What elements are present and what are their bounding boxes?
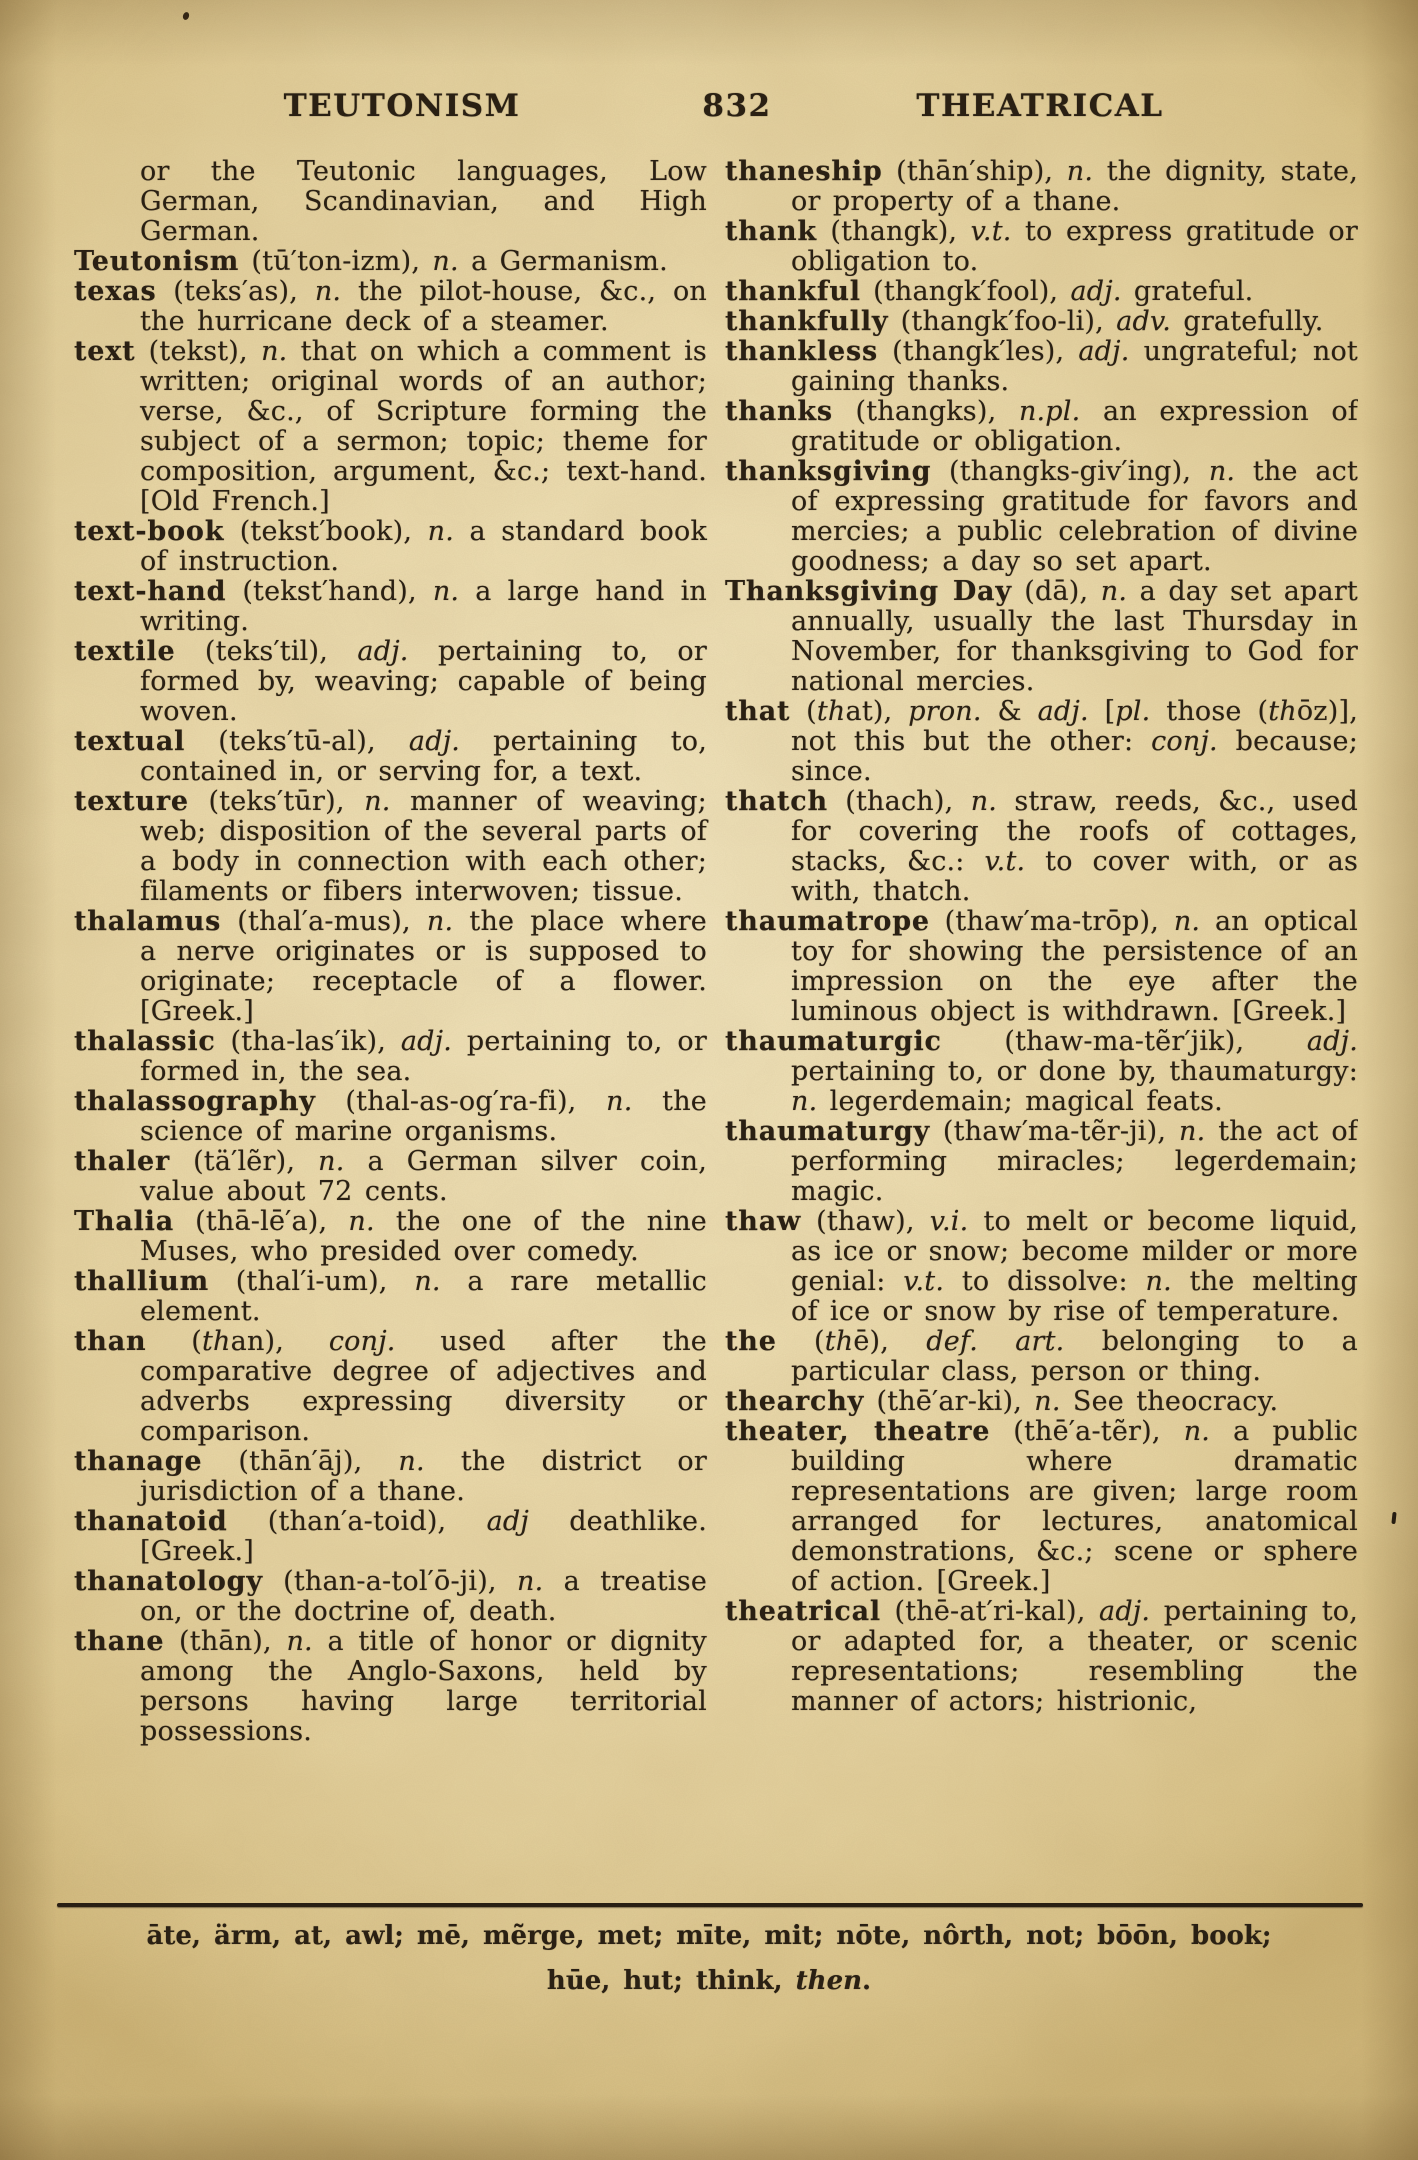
grammar-label: v.i.	[930, 1206, 969, 1237]
dictionary-entry: text-hand (tekst′hand), n. a large hand …	[74, 577, 707, 637]
headword: thankless	[725, 336, 878, 367]
grammar-label: n.	[517, 1566, 543, 1597]
entry-text: (thē′a-tẽr),	[990, 1416, 1183, 1447]
dictionary-entry: Teutonism (tū′ton-izm), n. a Germanism.	[74, 247, 707, 277]
entry-text: an),	[231, 1326, 329, 1357]
headword: the	[725, 1326, 777, 1357]
grammar-label: conj.	[329, 1326, 396, 1357]
grammar-label: v.t.	[903, 1266, 944, 1297]
headword: thalassography	[74, 1086, 316, 1117]
grammar-label: adj.	[357, 636, 408, 667]
grammar-label: v.t.	[984, 846, 1025, 877]
pronunciation-key-line-2: hūe, hut; think, then.	[0, 1959, 1418, 2004]
dictionary-entry: thaumatrope (thaw′ma-trōp), n. an optica…	[725, 907, 1358, 1027]
headword: theatrical	[725, 1596, 881, 1627]
entry-text: (thangk′fool),	[861, 276, 1071, 307]
entry-text: pertaining to, or done by, thaumaturgy:	[791, 1056, 1358, 1087]
grammar-label: v.t.	[971, 216, 1012, 247]
dictionary-entry: thalassography (thal-as-og′ra-fi), n. th…	[74, 1087, 707, 1147]
entry-text: (thangk),	[817, 216, 971, 247]
dictionary-entry: thanatology (than-a-tol′ō-ji), n. a trea…	[74, 1567, 707, 1627]
dictionary-entry: thanatoid (than′a-toid), adj deathlike. …	[74, 1507, 707, 1567]
headword: thanatology	[74, 1566, 263, 1597]
entry-text: (thā-lē′a),	[174, 1206, 348, 1237]
dictionary-entry: thanage (thān′āj), n. the district or ju…	[74, 1447, 707, 1507]
dictionary-entry: thankfully (thangk′foo-li), adv. gratefu…	[725, 307, 1358, 337]
grammar-label: adj.	[1307, 1026, 1358, 1057]
grammar-label: th	[1268, 696, 1297, 727]
dictionary-entry: the (thē), def. art. belonging to a part…	[725, 1327, 1358, 1387]
headword: thaumaturgic	[725, 1026, 942, 1057]
headword: texture	[74, 786, 189, 817]
grammar-label: adj.	[1099, 1596, 1150, 1627]
headword: text	[74, 336, 135, 367]
entry-text: (teks′tūr),	[189, 786, 364, 817]
headword: theater, theatre	[725, 1416, 990, 1447]
dictionary-entry: thankful (thangk′fool), adj. grateful.	[725, 277, 1358, 307]
entry-text: (tekst′hand),	[226, 576, 433, 607]
entry-text: (tū′ton-izm),	[239, 246, 432, 277]
entry-text: (thal′a-mus),	[221, 906, 427, 937]
entry-text: See theocracy.	[1061, 1386, 1279, 1417]
grammar-label: n.	[348, 1206, 374, 1237]
headword: texas	[74, 276, 156, 307]
dictionary-entry: thalassic (tha-las′ik), adj. pertaining …	[74, 1027, 707, 1087]
headword: thaw	[725, 1206, 801, 1237]
headword: thanks	[725, 396, 833, 427]
entry-text: .	[862, 1966, 871, 1996]
grammar-label: adj.	[1078, 336, 1129, 367]
entry-text: (tha-las′ik),	[216, 1026, 401, 1057]
page-number: 832	[702, 88, 771, 124]
grammar-label: n.	[414, 1266, 440, 1297]
dictionary-entry: thanks (thangks), n.pl. an expression of…	[725, 397, 1358, 457]
entry-text: (thān),	[164, 1626, 286, 1657]
entry-text: (tekst),	[135, 336, 261, 367]
grammar-label: n.	[791, 1086, 817, 1117]
dictionary-entry: text-book (tekst′book), n. a standard bo…	[74, 517, 707, 577]
grammar-label: conj.	[1151, 726, 1218, 757]
grammar-label: adj.	[1071, 276, 1122, 307]
headword: thatch	[725, 786, 828, 817]
headword: thanage	[74, 1446, 202, 1477]
dictionary-entry: Thanksgiving Day (dā), n. a day set apar…	[725, 577, 1358, 697]
dictionary-entry: texas (teks′as), n. the pilot-house, &c.…	[74, 277, 707, 337]
grammar-label: n.	[428, 516, 454, 547]
dictionary-entry: thank (thangk), v.t. to express gratitud…	[725, 217, 1358, 277]
dictionary-entry: thanksgiving (thangks-giv′ing), n. the a…	[725, 457, 1358, 577]
grammar-label: n.	[1209, 456, 1235, 487]
headword: thearchy	[725, 1386, 864, 1417]
grammar-label: n.	[971, 786, 997, 817]
dictionary-entry: thaumaturgic (thaw-ma-tẽr′jik), adj. per…	[725, 1027, 1358, 1117]
entry-text: (	[790, 696, 817, 727]
entry-text: [	[1089, 696, 1116, 727]
grammar-label: adj.	[1038, 696, 1089, 727]
dictionary-page: TEUTONISM 832 THEATRICAL or the Teutonic…	[0, 0, 1418, 2160]
entry-text: (than′a-toid),	[228, 1506, 487, 1537]
grammar-label: n.	[286, 1626, 312, 1657]
page-header: TEUTONISM 832 THEATRICAL	[0, 88, 1418, 130]
dictionary-entry: texture (teks′tūr), n. manner of weaving…	[74, 787, 707, 907]
column-right: thaneship (thān′ship), n. the dignity, s…	[725, 157, 1358, 1893]
pronunciation-key-line-1: āte, ärm, at, awl; mē, mẽrge, met; mīte,…	[0, 1914, 1418, 1959]
headword: thankful	[725, 276, 861, 307]
entry-text: (thaw),	[801, 1206, 930, 1237]
entry-text: gratefully.	[1171, 306, 1324, 337]
grammar-label: n.	[315, 276, 341, 307]
entry-text: (tä′lẽr),	[170, 1146, 318, 1177]
entry-text: (thaw′ma-tẽr-ji),	[930, 1116, 1179, 1147]
entry-text: (teks′as),	[156, 276, 314, 307]
dictionary-entry: Thalia (thā-lē′a), n. the one of the nin…	[74, 1207, 707, 1267]
grammar-label: n.	[1034, 1386, 1060, 1417]
grammar-label: adj.	[409, 726, 460, 757]
grammar-label: n.	[427, 906, 453, 937]
grammar-label: n.	[1101, 576, 1127, 607]
entry-text: (thach),	[828, 786, 971, 817]
dictionary-entry: thearchy (thē′ar-ki), n. See theocracy.	[725, 1387, 1358, 1417]
grammar-label: adj.	[401, 1026, 452, 1057]
headword: thaumaturgy	[725, 1116, 930, 1147]
headword: thallium	[74, 1266, 209, 1297]
entry-text: grateful.	[1122, 276, 1254, 307]
dictionary-entry: thallium (thal′i-um), n. a rare metallic…	[74, 1267, 707, 1327]
grammar-label: then	[796, 1966, 862, 1996]
entry-text: (thal-as-og′ra-fi),	[316, 1086, 606, 1117]
entry-text: (than-a-tol′ō-ji),	[263, 1566, 517, 1597]
entry-text: a Germanism.	[459, 246, 668, 277]
grammar-label: n.	[1174, 906, 1200, 937]
entry-text: (thangks),	[833, 396, 1019, 427]
headword: thalassic	[74, 1026, 216, 1057]
entry-text: (thān′āj),	[202, 1446, 398, 1477]
headword: text-book	[74, 516, 224, 547]
ink-speck	[182, 11, 190, 21]
entry-text: (thal′i-um),	[209, 1266, 414, 1297]
headword: thaneship	[725, 157, 883, 187]
entry-text: (thaw′ma-trōp),	[930, 906, 1174, 937]
dictionary-entry: thaw (thaw), v.i. to melt or become liqu…	[725, 1207, 1358, 1327]
entry-text: or the Teutonic languages, Low German, S…	[140, 157, 707, 247]
entry-text: ē),	[853, 1326, 926, 1357]
entry-text: (thē′ar-ki),	[864, 1386, 1034, 1417]
entry-text: hūe, hut; think,	[547, 1966, 796, 1996]
grammar-label: th	[202, 1326, 231, 1357]
ink-speck	[1391, 1512, 1396, 1524]
entry-text: (thangk′foo-li),	[888, 306, 1116, 337]
grammar-label: n.	[606, 1086, 632, 1117]
headword: thank	[725, 216, 817, 247]
entry-text: (dā),	[1012, 576, 1101, 607]
grammar-label: pron.	[908, 696, 981, 727]
entry-text: (tekst′book),	[224, 516, 427, 547]
entry-text: (thān′ship),	[883, 157, 1067, 187]
dictionary-entry: thaumaturgy (thaw′ma-tẽr-ji), n. the act…	[725, 1117, 1358, 1207]
guide-word-right: THEATRICAL	[916, 88, 1163, 124]
pronunciation-key: āte, ärm, at, awl; mē, mẽrge, met; mīte,…	[0, 1914, 1418, 2004]
dictionary-entry: than (than), conj. used after the compar…	[74, 1327, 707, 1447]
headword: textual	[74, 726, 185, 757]
grammar-label: adj	[487, 1506, 529, 1537]
dictionary-entry: textile (teks′til), adj. pertaining to, …	[74, 637, 707, 727]
grammar-label: n.	[1067, 157, 1093, 187]
entry-text: (thangk′les),	[878, 336, 1078, 367]
entry-text: (	[146, 1326, 202, 1357]
dictionary-entry: thatch (thach), n. straw, reeds, &c., us…	[725, 787, 1358, 907]
entry-text: at),	[846, 696, 909, 727]
entry-text: (	[777, 1326, 825, 1357]
entry-text: legerdemain; magical feats.	[817, 1086, 1223, 1117]
entry-text: (thaw-ma-tẽr′jik),	[942, 1026, 1307, 1057]
headword: thaumatrope	[725, 906, 930, 937]
headword: thane	[74, 1626, 164, 1657]
headword: thanksgiving	[725, 456, 931, 487]
headword: thalamus	[74, 906, 221, 937]
dictionary-entry: that (that), pron. & adj. [pl. those (th…	[725, 697, 1358, 787]
dictionary-entry: thaneship (thān′ship), n. the dignity, s…	[725, 157, 1358, 217]
grammar-label: n.	[318, 1146, 344, 1177]
dictionary-entry: thaler (tä′lẽr), n. a German silver coin…	[74, 1147, 707, 1207]
entry-text: (thē-at′ri-kal),	[881, 1596, 1099, 1627]
dictionary-entry: text (tekst), n. that on which a comment…	[74, 337, 707, 517]
headword: thanatoid	[74, 1506, 228, 1537]
grammar-label: n.	[1179, 1116, 1205, 1147]
entry-text: (teks′tū-al),	[185, 726, 409, 757]
headword: textile	[74, 636, 176, 667]
grammar-label: n.pl.	[1019, 396, 1080, 427]
guide-word-left: TEUTONISM	[284, 88, 521, 124]
headword: thankfully	[725, 306, 888, 337]
grammar-label: n.	[1184, 1416, 1210, 1447]
headword: Thalia	[74, 1206, 174, 1237]
entry-text: (thangks-giv′ing),	[931, 456, 1209, 487]
headword: Thanksgiving Day	[725, 576, 1012, 607]
dictionary-entry: thankless (thangk′les), adj. ungrateful;…	[725, 337, 1358, 397]
entry-text: (teks′til),	[176, 636, 358, 667]
grammar-label: def. art.	[926, 1326, 1064, 1357]
grammar-label: pl.	[1115, 696, 1150, 727]
footer-divider	[57, 1903, 1363, 1907]
grammar-label: n.	[364, 786, 390, 817]
grammar-label: n.	[1146, 1266, 1172, 1297]
grammar-label: n.	[432, 246, 458, 277]
dictionary-entry: or the Teutonic languages, Low German, S…	[74, 157, 707, 247]
dictionary-entry: theatrical (thē-at′ri-kal), adj. pertain…	[725, 1597, 1358, 1717]
grammar-label: th	[825, 1326, 854, 1357]
headword: text-hand	[74, 576, 226, 607]
grammar-label: adv.	[1116, 306, 1171, 337]
column-left: or the Teutonic languages, Low German, S…	[74, 157, 707, 1893]
entry-text: &	[982, 696, 1038, 727]
dictionary-entry: theater, theatre (thē′a-tẽr), n. a publi…	[725, 1417, 1358, 1597]
entry-text: to dissolve:	[944, 1266, 1145, 1297]
grammar-label: n.	[261, 336, 287, 367]
dictionary-entry: thalamus (thal′a-mus), n. the place wher…	[74, 907, 707, 1027]
headword: that	[725, 696, 790, 727]
dictionary-entry: thane (thān), n. a title of honor or dig…	[74, 1627, 707, 1747]
text-columns: or the Teutonic languages, Low German, S…	[74, 157, 1358, 1893]
grammar-label: n.	[433, 576, 459, 607]
entry-text: those (	[1150, 696, 1268, 727]
headword: thaler	[74, 1146, 170, 1177]
headword: Teutonism	[74, 246, 239, 277]
grammar-label: th	[817, 696, 846, 727]
grammar-label: n.	[398, 1446, 424, 1477]
dictionary-entry: textual (teks′tū-al), adj. pertaining to…	[74, 727, 707, 787]
headword: than	[74, 1326, 146, 1357]
